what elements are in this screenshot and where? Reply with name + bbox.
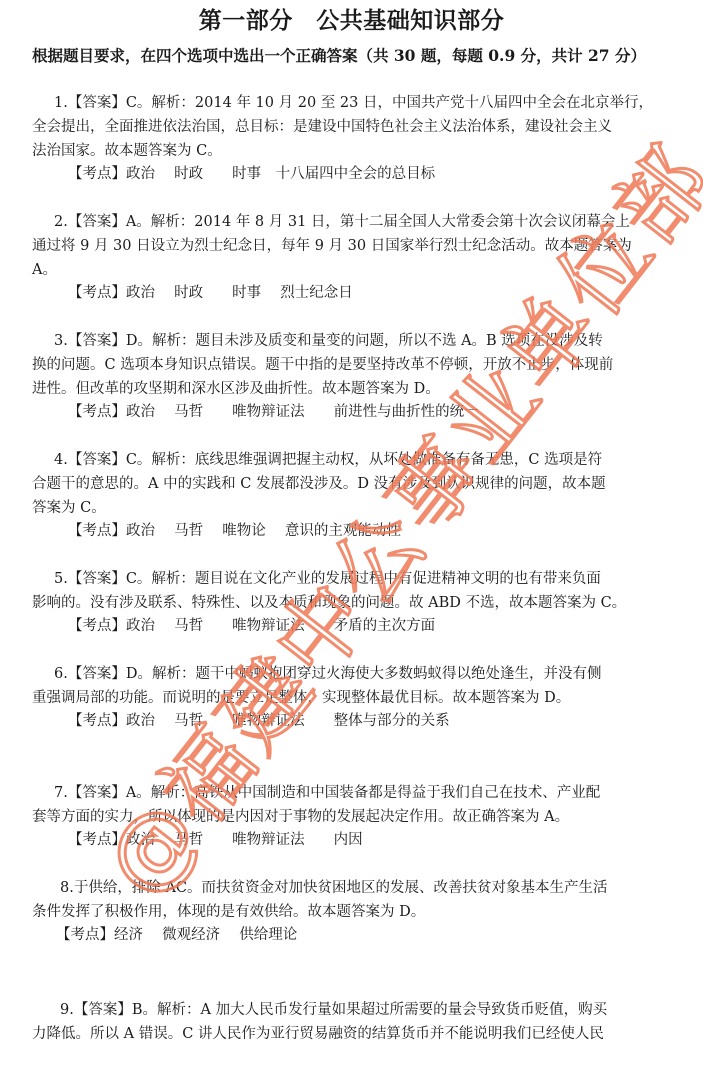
kaodian-line: 【考点】经济 微观经济 供给理论 xyxy=(56,925,297,945)
answer-line: 4.【答案】C。解析：底线思维强调把握主动权，从坏处做准备有备无患，C 选项是符 xyxy=(54,450,602,470)
answer-line: 重强调局部的功能。而说明的是要立足整体，实现整体最优目标。故本题答案为 D。 xyxy=(32,688,570,708)
answer-line: 7.【答案】A。解析：高铁从中国制造和中国装备都是得益于我们自己在技术、产业配 xyxy=(54,783,600,803)
answer-line: 影响的。没有涉及联系、特殊性、以及本质和现象的问题。故 ABD 不选，故本题答案… xyxy=(32,593,626,613)
answer-line: A。 xyxy=(32,260,57,280)
answer-line: 2.【答案】A。解析：2014 年 8 月 31 日，第十二届全国人大常委会第十… xyxy=(54,212,630,232)
answer-line: 3.【答案】D。解析：题目未涉及质变和量变的问题，所以不选 A。B 选项在没涉及… xyxy=(54,331,603,351)
answer-line: 进性。但改革的攻坚期和深水区涉及曲折性。故本题答案为 D。 xyxy=(32,379,440,399)
kaodian-line: 【考点】政治 马哲 唯物辩证法 前进性与曲折性的统一 xyxy=(68,402,479,422)
answer-line: 全会提出，全面推进依法治国，总目标：是建设中国特色社会主义法治体系，建设社会主义 xyxy=(32,117,612,137)
document-page: 第一部分 公共基础知识部分 根据题目要求，在四个选项中选出一个正确答案（共 30… xyxy=(0,0,703,1067)
answer-line: 1.【答案】C。解析：2014 年 10 月 20 至 23 日，中国共产党十八… xyxy=(54,93,653,113)
answer-line: 条件发挥了积极作用，体现的是有效供给。故本题答案为 D。 xyxy=(32,902,425,922)
kaodian-line: 【考点】政治 时政 时事 烈士纪念日 xyxy=(68,283,353,303)
kaodian-line: 【考点】政治 马哲 唯物辩证法 矛盾的主次方面 xyxy=(68,616,435,636)
kaodian-line: 【考点】政治 马哲 唯物辩证法 内因 xyxy=(68,830,363,850)
answer-line: 8.于供给，排除 AC。而扶贫资金对加快贫困地区的发展、改善扶贫对象基本生产生活 xyxy=(60,878,608,898)
answer-line: 5.【答案】C。解析：题目说在文化产业的发展过程中有促进精神文明的也有带来负面 xyxy=(54,569,601,589)
answer-line: 换的问题。C 选项本身知识点错误。题干中指的是要坚持改革不停顿，开放不止步，体现… xyxy=(32,355,613,375)
answer-line: 法治国家。故本题答案为 C。 xyxy=(32,141,222,161)
answer-line: 9.【答案】B。解析：A 加大人民币发行量如果超过所需要的量会导致货币贬值，购买 xyxy=(60,1000,607,1020)
answer-line: 通过将 9 月 30 日设立为烈士纪念日，每年 9 月 30 日国家举行烈士纪念… xyxy=(32,236,632,256)
answer-line: 合题干的意思的。A 中的实践和 C 发展都没涉及。D 没有涉及到认识规律的问题，… xyxy=(32,474,606,494)
answer-line: 6.【答案】D。解析：题干中蚂蚁抱团穿过火海使大多数蚂蚁得以绝处逢生，并没有侧 xyxy=(54,664,601,684)
answer-line: 力降低。所以 A 错误。C 讲人民作为亚行贸易融资的结算货币并不能说明我们已经使… xyxy=(32,1024,604,1044)
kaodian-line: 【考点】政治 时政 时事 十八届四中全会的总目标 xyxy=(68,164,435,184)
section-instructions: 根据题目要求，在四个选项中选出一个正确答案（共 30 题，每题 0.9 分，共计… xyxy=(32,44,672,68)
kaodian-line: 【考点】政治 马哲 唯物论 意识的主观能动性 xyxy=(68,521,401,541)
answer-line: 套等方面的实力，所以体现的是内因对于事物的发展起决定作用。故正确答案为 A。 xyxy=(32,807,569,827)
page-title: 第一部分 公共基础知识部分 xyxy=(0,2,703,35)
kaodian-line: 【考点】政治 马哲 唯物辩证法 整体与部分的关系 xyxy=(68,711,450,731)
answer-line: 答案为 C。 xyxy=(32,498,106,518)
